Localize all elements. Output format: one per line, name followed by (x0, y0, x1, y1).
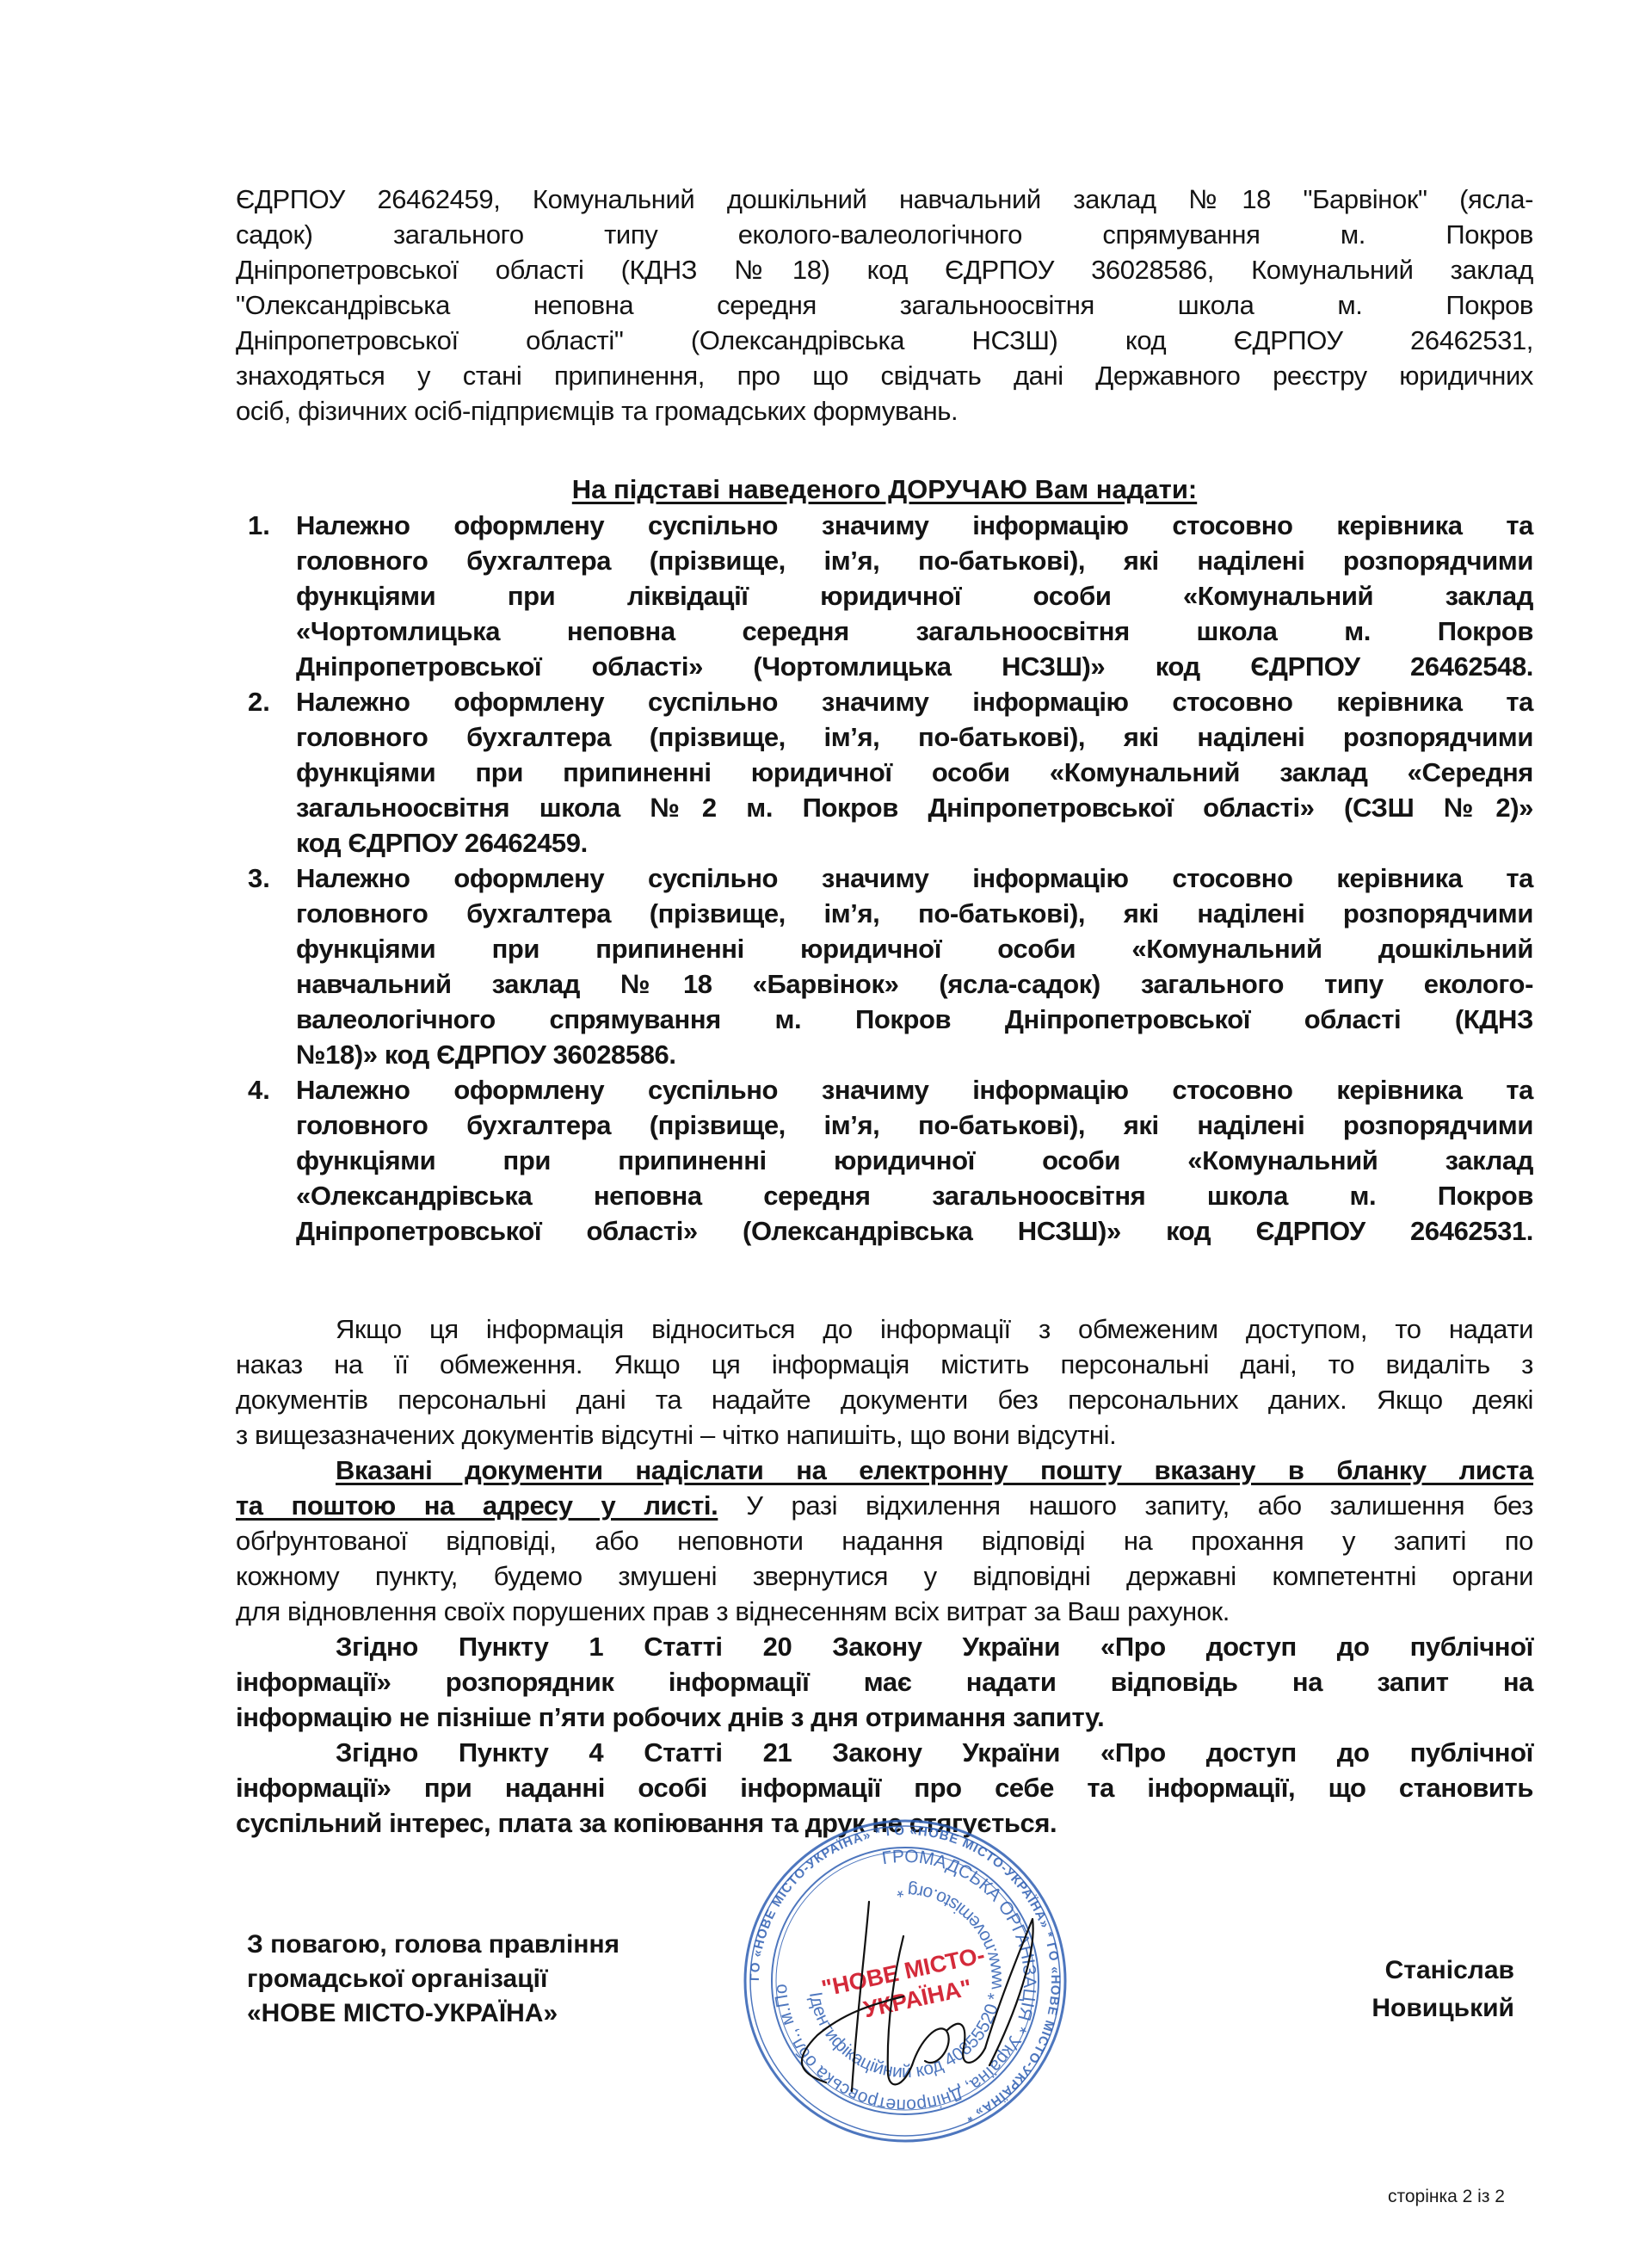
text-line: "Олександрівська неповна середня загальн… (236, 287, 1533, 323)
text-line: Належно оформлену суспільно значиму інфо… (296, 861, 1533, 896)
text-line: інформації» розпорядник інформації має н… (236, 1664, 1533, 1700)
text-line: з вищезазначених документів відсутні – ч… (236, 1417, 1533, 1453)
text-line: інформацію не пізніше п’яти робочих днів… (236, 1700, 1533, 1735)
instruction-heading: На підставі наведеного ДОРУЧАЮ Вам надат… (236, 472, 1533, 507)
organization-line: громадської організації (247, 1962, 619, 1996)
item-number: 2. (248, 684, 270, 719)
list-item: 1. Належно оформлену суспільно значиму і… (236, 508, 1533, 684)
document-page: ЄДРПОУ 26462459, Комунальний дошкільний … (0, 0, 1652, 2252)
heading-text: На підставі наведеного ДОРУЧАЮ Вам надат… (572, 474, 1197, 504)
list-item: 4. Належно оформлену суспільно значиму і… (236, 1072, 1533, 1249)
text-line: код ЄДРПОУ 26462459. (296, 825, 1533, 861)
text-line: «Олександрівська неповна середня загальн… (296, 1178, 1533, 1213)
text-line: «Чортомлицька неповна середня загальноос… (296, 614, 1533, 649)
item-number: 1. (248, 508, 270, 543)
text-line: документів персональні дані та надайте д… (236, 1382, 1533, 1417)
text-line: Якщо ця інформація відноситься до інформ… (236, 1311, 1533, 1347)
text-line: головного бухгалтера (прізвище, ім’я, по… (296, 896, 1533, 931)
text-line: Дніпропетровської області» (Олександрівс… (296, 1213, 1533, 1249)
text-line: Дніпропетровської області (КДНЗ №18) код… (236, 252, 1533, 287)
text-line: Належно оформлену суспільно значиму інфо… (296, 508, 1533, 543)
text-line: Згідно Пункту 1 Статті 20 Закону України… (236, 1629, 1533, 1664)
text-line: осіб, фізичних осіб-підприємців та грома… (236, 393, 1533, 429)
item-number: 3. (248, 861, 270, 896)
text-line: Належно оформлену суспільно значиму інфо… (296, 684, 1533, 719)
list-item: 2. Належно оформлену суспільно значиму і… (236, 684, 1533, 861)
text-line: Дніпропетровської області» (Чортомлицька… (296, 649, 1533, 684)
last-name: Новицький (1372, 1990, 1514, 2027)
list-item: 3. Належно оформлену суспільно значиму і… (236, 861, 1533, 1072)
underlined-instruction: Вказані документи надіслати на електронн… (336, 1455, 1533, 1485)
text-line: №18)» код ЄДРПОУ 36028586. (296, 1037, 1533, 1072)
text-line: Вказані документи надіслати на електронн… (236, 1453, 1533, 1488)
item-number: 4. (248, 1072, 270, 1107)
signature-title-block: З повагою, голова правління громадської … (247, 1928, 619, 2031)
intro-paragraph: ЄДРПОУ 26462459, Комунальний дошкільний … (236, 182, 1533, 429)
text-line: головного бухгалтера (прізвище, ім’я, по… (296, 1107, 1533, 1143)
request-list: 1. Належно оформлену суспільно значиму і… (236, 508, 1533, 1249)
text-line: інформації» при наданні особі інформації… (236, 1770, 1533, 1805)
text-line: та поштою на адресу у листі. У разі відх… (236, 1488, 1533, 1523)
restricted-info-paragraph: Якщо ця інформація відноситься до інформ… (236, 1311, 1533, 1453)
text-line: загальноосвітня школа №2 м. Покров Дніпр… (296, 790, 1533, 825)
text-line: Дніпропетровської області" (Олександрівс… (236, 323, 1533, 358)
text-line: функціями при припиненні юридичної особи… (296, 931, 1533, 966)
text-line: обґрунтованої відповіді, або неповноти н… (236, 1523, 1533, 1558)
first-name: Станіслав (1372, 1952, 1514, 1990)
text-line: Згідно Пункту 4 Статті 21 Закону України… (236, 1735, 1533, 1770)
underlined-instruction: та поштою на адресу у листі. (236, 1490, 718, 1521)
text-line: головного бухгалтера (прізвище, ім’я, по… (296, 719, 1533, 755)
text-line: знаходяться у стані припинення, про що с… (236, 358, 1533, 393)
text-line: кожному пункту, будемо змушені звернутис… (236, 1558, 1533, 1594)
page-number: сторінка 2 із 2 (1388, 2187, 1505, 2207)
text-line: функціями при припиненні юридичної особи… (296, 755, 1533, 790)
text-line: функціями при припиненні юридичної особи… (296, 1143, 1533, 1178)
law-article-20-paragraph: Згідно Пункту 1 Статті 20 Закону України… (236, 1629, 1533, 1735)
send-documents-paragraph: Вказані документи надіслати на електронн… (236, 1453, 1533, 1629)
text-line: садок) загального типу еколого-валеологі… (236, 217, 1533, 252)
text-line: головного бухгалтера (прізвище, ім’я, по… (296, 543, 1533, 578)
closing-line: З повагою, голова правління (247, 1928, 619, 1962)
text-line: валеологічного спрямування м. Покров Дні… (296, 1002, 1533, 1037)
text-fragment: У разі відхилення нашого запиту, або зал… (718, 1490, 1533, 1521)
text-line: наказ на її обмеження. Якщо ця інформаці… (236, 1347, 1533, 1382)
handwritten-signature-icon (774, 1876, 1050, 2134)
text-line: функціями при ліквідації юридичної особи… (296, 578, 1533, 614)
signatory-name: Станіслав Новицький (1372, 1952, 1514, 2027)
organization-name: «НОВЕ МІСТО-УКРАЇНА» (247, 1996, 619, 2031)
text-line: ЄДРПОУ 26462459, Комунальний дошкільний … (236, 182, 1533, 217)
text-line: Належно оформлену суспільно значиму інфо… (296, 1072, 1533, 1107)
text-line: для відновлення своїх порушених прав з в… (236, 1594, 1533, 1629)
text-line: навчальний заклад №18 «Барвінок» (ясла-с… (296, 966, 1533, 1002)
